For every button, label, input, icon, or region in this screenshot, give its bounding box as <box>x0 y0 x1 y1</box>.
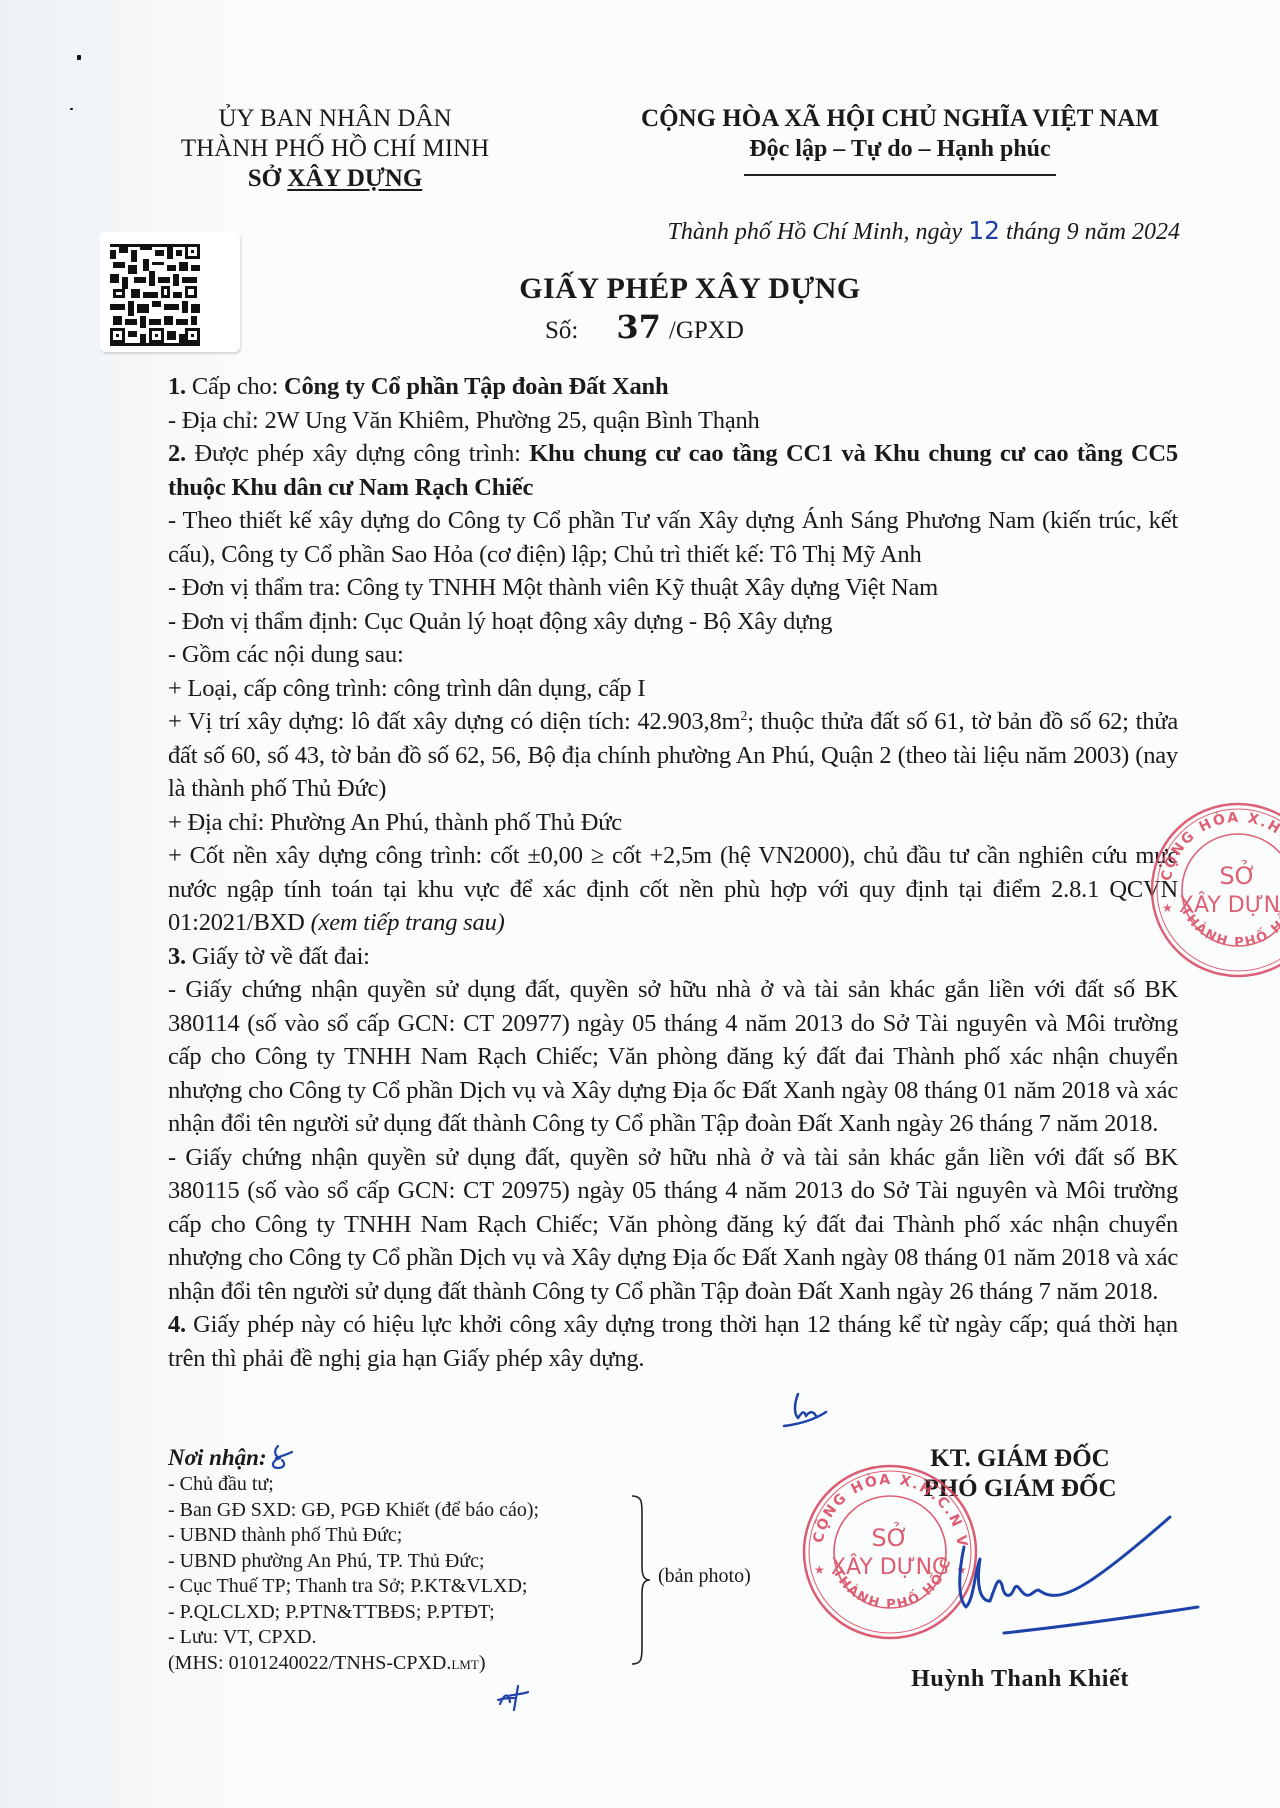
overlap-seal-icon: CỘNG HÒA X.H.C.N VIỆT NAM THÀNH PHỐ HỒ C… <box>1148 800 1280 980</box>
recipient-item: - P.QLCLXD; P.PTN&TTBĐS; P.PTĐT; <box>168 1600 638 1626</box>
handwritten-mark-icon <box>264 1444 294 1472</box>
location-text: + Vị trí xây dựng: lô đất xây dựng có di… <box>168 708 740 735</box>
permit-body: 1. Cấp cho: Công ty Cổ phần Tập đoàn Đất… <box>168 370 1178 1375</box>
section-label: Được phép xây dựng công trình: <box>186 440 529 467</box>
department-name: XÂY DỰNG <box>287 165 422 192</box>
section-label: Cấp cho: <box>186 373 284 400</box>
svg-text:★: ★ <box>1162 901 1173 915</box>
recipient-item: - UBND phường An Phú, TP. Thủ Đức; <box>168 1549 638 1575</box>
foundation-level: + Cốt nền xây dựng công trình: cốt ±0,00… <box>168 839 1178 940</box>
recipient-item: - Cục Thuế TP; Thanh tra Sở; P.KT&VLXD; <box>168 1574 638 1600</box>
brace-icon <box>630 1494 652 1666</box>
land-certificate-2: - Giấy chứng nhận quyền sử dụng đất, quy… <box>168 1141 1178 1309</box>
department-prefix: SỞ <box>248 165 288 192</box>
date-prefix: Thành phố Hồ Chí Minh, ngày <box>668 219 969 245</box>
section-1-grantee: 1. Cấp cho: Công ty Cổ phần Tập đoàn Đất… <box>168 370 1178 404</box>
appraisal-unit: - Đơn vị thẩm định: Cục Quản lý hoạt độn… <box>168 605 1178 639</box>
svg-text:XÂY DỰNG: XÂY DỰNG <box>831 1554 949 1580</box>
section-number: 3. <box>168 943 186 970</box>
file-code-close: ) <box>479 1652 486 1674</box>
construction-location: + Vị trí xây dựng: lô đất xây dựng có di… <box>168 705 1178 806</box>
section-number: 4. <box>168 1311 186 1338</box>
photo-copy-note: (bản photo) <box>658 1565 751 1588</box>
issuing-authority: ỦY BAN NHÂN DÂN THÀNH PHỐ HỒ CHÍ MINH SỞ… <box>160 104 510 194</box>
section-4-validity: 4. Giấy phép này có hiệu lực khởi công x… <box>168 1308 1178 1375</box>
permit-number: Số:37/GPXD <box>545 308 744 346</box>
permit-number-value: 37 <box>616 308 661 346</box>
national-motto: Độc lập – Tự do – Hạnh phúc <box>620 134 1180 164</box>
scan-speck <box>70 108 73 110</box>
recipient-item: - Lưu: VT, CPXD. <box>168 1625 638 1651</box>
land-certificate-1: - Giấy chứng nhận quyền sử dụng đất, quy… <box>168 973 1178 1141</box>
republic-title: CỘNG HÒA XÃ HỘI CHỦ NGHĨA VIỆT NAM <box>620 104 1180 134</box>
file-code: (MHS: 0101240022/TNHS-CPXD.LMT) <box>168 1651 638 1678</box>
project-address: + Địa chỉ: Phường An Phú, thành phố Thủ … <box>168 806 1178 840</box>
file-code-initials: LMT <box>451 1657 478 1672</box>
permit-number-suffix: /GPXD <box>669 317 744 344</box>
authority-line-2: THÀNH PHỐ HỒ CHÍ MINH <box>160 134 510 164</box>
grantee-name: Công ty Cổ phần Tập đoàn Đất Xanh <box>284 373 668 400</box>
section-label: Giấy tờ về đất đai: <box>186 943 370 970</box>
authority-line-1: ỦY BAN NHÂN DÂN <box>160 104 510 134</box>
validity-text: Giấy phép này có hiệu lực khởi công xây … <box>168 1311 1178 1372</box>
department: SỞ XÂY DỰNG <box>160 164 510 194</box>
svg-text:SỞ: SỞ <box>871 1521 908 1552</box>
recipient-item: - UBND thành phố Thủ Đức; <box>168 1523 638 1549</box>
document-title: GIẤY PHÉP XÂY DỰNG <box>470 272 910 306</box>
contents-heading: - Gồm các nội dung sau: <box>168 638 1178 672</box>
section-2-project: 2. Được phép xây dựng công trình: Khu ch… <box>168 437 1178 504</box>
handwritten-initials-icon <box>496 1682 530 1712</box>
recipients-heading: Nơi nhận: <box>168 1444 638 1472</box>
director-signature <box>940 1515 1200 1645</box>
recipients-list: Nơi nhận: - Chủ đầu tư; - Ban GĐ SXD: GĐ… <box>168 1444 638 1677</box>
design-consultant: - Theo thiết kế xây dựng do Công ty Cổ p… <box>168 504 1178 571</box>
recipient-item: - Ban GĐ SXD: GĐ, PGĐ Khiết (để báo cáo)… <box>168 1498 638 1524</box>
date-suffix: tháng 9 năm 2024 <box>1000 219 1180 245</box>
initial-mark-icon <box>780 1390 840 1430</box>
grantee-address: - Địa chỉ: 2W Ung Văn Khiêm, Phường 25, … <box>168 404 1178 438</box>
national-header: CỘNG HÒA XÃ HỘI CHỦ NGHĨA VIỆT NAM Độc l… <box>620 104 1180 176</box>
scan-speck <box>77 55 81 60</box>
section-number: 2. <box>168 440 186 467</box>
svg-text:SỞ: SỞ <box>1219 859 1256 890</box>
file-code-text: (MHS: 0101240022/TNHS-CPXD. <box>168 1652 451 1674</box>
svg-text:XÂY DỰNG: XÂY DỰNG <box>1179 892 1280 918</box>
qr-code-icon[interactable] <box>107 241 203 349</box>
date-day-handwritten: 12 <box>968 216 1000 245</box>
project-class: + Loại, cấp công trình: công trình dân d… <box>168 672 1178 706</box>
svg-text:★: ★ <box>814 1563 825 1577</box>
motto-underline <box>744 174 1056 176</box>
verification-unit: - Đơn vị thẩm tra: Công ty TNHH Một thàn… <box>168 571 1178 605</box>
section-3-land-docs: 3. Giấy tờ về đất đai: <box>168 940 1178 974</box>
section-number: 1. <box>168 373 186 400</box>
recipient-item: - Chủ đầu tư; <box>168 1472 638 1498</box>
recipients-heading-text: Nơi nhận: <box>168 1445 267 1470</box>
continued-note: (xem tiếp trang sau) <box>311 909 505 936</box>
issue-date: Thành phố Hồ Chí Minh, ngày 12 tháng 9 n… <box>580 216 1180 246</box>
signer-name: Huỳnh Thanh Khiết <box>880 1666 1160 1693</box>
permit-number-label: Số: <box>545 317 578 344</box>
